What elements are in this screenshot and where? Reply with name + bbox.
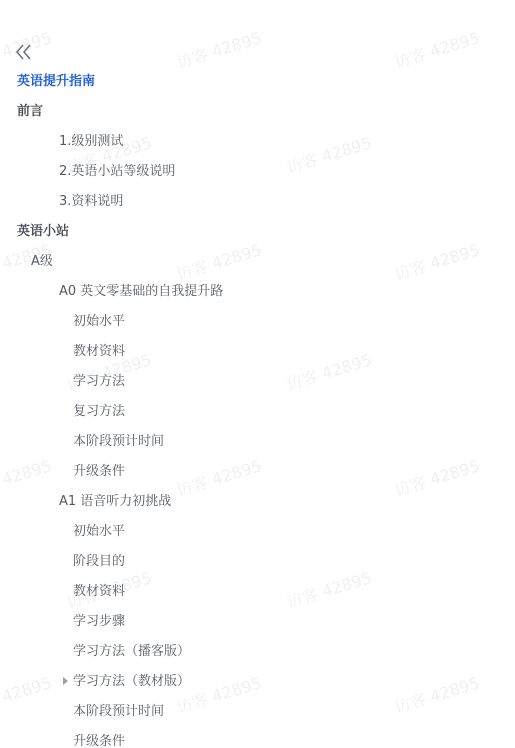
toc-item-a1-study-steps[interactable]: 学习步骤 xyxy=(73,613,125,631)
toc-item-a0-initial-level[interactable]: 初始水平 xyxy=(73,313,125,331)
toc-title[interactable]: 英语提升指南 xyxy=(17,73,95,91)
toc-item-a1-method-textbook[interactable]: 学习方法（教材版） xyxy=(73,673,190,691)
double-chevron-left-icon xyxy=(14,42,34,62)
watermark: 访客 42895 xyxy=(0,670,54,718)
toc-item-a0-materials[interactable]: 教材资料 xyxy=(73,343,125,361)
collapse-sidebar-button[interactable] xyxy=(14,42,34,62)
toc-item-a1-materials[interactable]: 教材资料 xyxy=(73,583,125,601)
toc-item-materials-description[interactable]: 3.资料说明 xyxy=(59,193,123,211)
toc-item-level-test[interactable]: 1.级别测试 xyxy=(59,133,123,151)
toc-item-level-a[interactable]: A级 xyxy=(31,253,53,271)
toc-item-a0-study-method[interactable]: 学习方法 xyxy=(73,373,125,391)
toc-item-a1-estimated-time[interactable]: 本阶段预计时间 xyxy=(73,703,164,721)
watermark: 访客 42895 xyxy=(391,670,482,718)
toc-item-preface[interactable]: 前言 xyxy=(17,103,43,121)
toc-item-a1-method-podcast[interactable]: 学习方法（播客版） xyxy=(73,643,190,661)
watermark: 访客 42895 xyxy=(391,453,482,501)
toc-item-a0-estimated-time[interactable]: 本阶段预计时间 xyxy=(73,433,164,451)
watermark: 访客 42895 xyxy=(173,25,264,73)
watermark: 访客 42895 xyxy=(391,25,482,73)
watermark: 访客 42895 xyxy=(391,237,482,285)
expand-caret-icon[interactable] xyxy=(63,677,68,685)
watermark: 访客 42895 xyxy=(0,453,54,501)
toc-item-a0-upgrade-conditions[interactable]: 升级条件 xyxy=(73,463,125,481)
watermark: 访客 42895 xyxy=(173,453,264,501)
watermark: 访客 42895 xyxy=(173,237,264,285)
watermark: 访客 42895 xyxy=(283,565,374,613)
toc-item-a1[interactable]: A1 语音听力初挑战 xyxy=(59,493,171,511)
toc-item-level-description[interactable]: 2.英语小站等级说明 xyxy=(59,163,175,181)
toc-item-a0-review-method[interactable]: 复习方法 xyxy=(73,403,125,421)
toc-item-a1-stage-goal[interactable]: 阶段目的 xyxy=(73,553,125,571)
toc-item-a0[interactable]: A0 英文零基础的自我提升路 xyxy=(59,283,223,301)
toc-item-english-station[interactable]: 英语小站 xyxy=(17,223,69,241)
toc-item-a1-initial-level[interactable]: 初始水平 xyxy=(73,523,125,541)
watermark: 访客 42895 xyxy=(283,347,374,395)
watermark: 访客 42895 xyxy=(283,130,374,178)
toc-item-a1-upgrade-conditions[interactable]: 升级条件 xyxy=(73,733,125,748)
